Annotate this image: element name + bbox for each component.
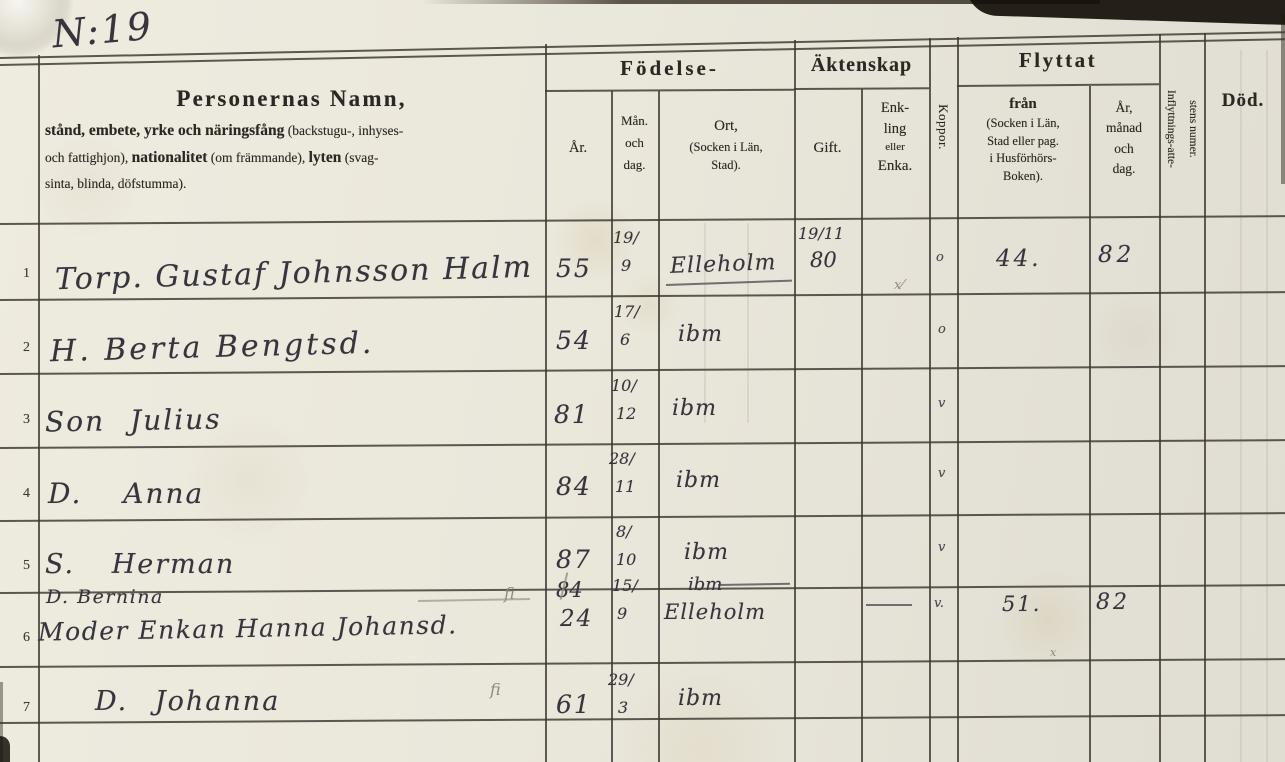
table-row: 7 D. Johanna fi 61 29/ 3 ibm (0, 0, 1285, 762)
row-number: 7 (4, 700, 30, 716)
entry-birth-place: ibm (678, 686, 723, 711)
pencil-mark: fi (490, 680, 501, 699)
entry-birth-date-bottom: 3 (618, 698, 628, 717)
entry-birth-date-top: 29/ (608, 670, 634, 689)
entry-birth-year: 61 (556, 690, 592, 719)
scanned-ledger-page: N:19 Personernas Namn, stånd, embete, yr… (0, 0, 1285, 762)
entry-name: D. Johanna (95, 686, 280, 717)
